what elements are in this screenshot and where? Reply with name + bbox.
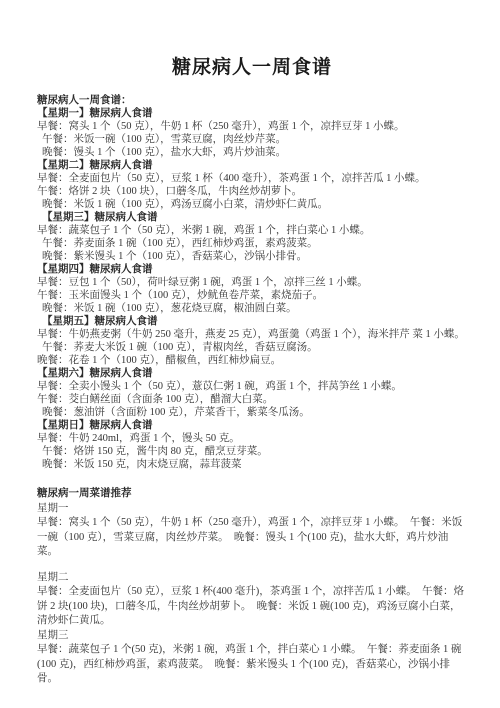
- recommend-day-text: 早餐：蔬菜包子 1 个(50 克)，米粥 1 碗，鸡蛋 1 个，拌白菜心 1 小…: [37, 643, 467, 687]
- meal-line: 早餐：豆包 1 个（50），荷叶绿豆粥 1 碗，鸡蛋 1 个，凉拌三丝 1 小蝶…: [37, 276, 467, 289]
- meal-line: 晚餐：米饭 1 碗（100 克），葱花烧豆腐，椒油圆白菜。: [37, 302, 467, 315]
- meal-line: 晚餐：葱油饼（含面粉 100 克），芹菜香干，紫菜冬瓜汤。: [37, 406, 467, 419]
- day-section-header: 【星期一】糖尿病人食谱: [37, 107, 467, 120]
- meal-line: 早餐：蔬菜包子 1 个（50 克），米粥 1 碗，鸡蛋 1 个，拌白菜心 1 小…: [37, 224, 467, 237]
- day-section-header: 【星期六】糖尿病人食谱: [37, 367, 467, 380]
- meal-line: 午餐：荞麦面条 1 碗（100 克），西红柿炒鸡蛋，素鸡菠菜。: [37, 237, 467, 250]
- meal-line: 早餐：全麦面包片（50 克），豆浆 1 杯（400 毫升），茶鸡蛋 1 个，凉拌…: [37, 172, 467, 185]
- meal-line: 午餐：玉米面馒头 1 个（100 克），炒鱿鱼卷芹菜，素烧茄子。: [37, 289, 467, 302]
- recommend-day-label: 星期三: [37, 629, 467, 644]
- meal-line: 午餐：烙饼 2 块（100 块），口蘑冬瓜，牛肉丝炒胡萝卜。: [37, 185, 467, 198]
- recommend-section: 糖尿病一周菜谱推荐 星期一早餐：窝头 1 个（50 克），牛奶 1 杯（250 …: [37, 487, 467, 687]
- meal-line: 早餐：牛奶燕麦粥（牛奶 250 毫升，燕麦 25 克），鸡蛋羹（鸡蛋 1 个），…: [37, 328, 467, 341]
- meal-line: 午餐：茭白鳝丝面（含面条 100 克），醋溜大白菜。: [37, 393, 467, 406]
- day-section-header: 【星期五】糖尿病人食谱: [37, 315, 467, 328]
- day-section-header: 糖尿病人一周食谱：: [37, 94, 467, 107]
- recommend-day-text: 早餐：全麦面包片（50 克），豆浆 1 杯(400 毫升)，茶鸡蛋 1 个，凉拌…: [37, 585, 467, 629]
- recommend-day-text: 早餐：窝头 1 个（50 克），牛奶 1 杯（250 毫升），鸡蛋 1 个，凉拌…: [37, 516, 467, 560]
- meal-line: 晚餐：紫米馒头 1 个（100 克），香菇菜心，沙锅小排骨。: [37, 250, 467, 263]
- document-page: 糖尿病人一周食谱 糖尿病人一周食谱：【星期一】糖尿病人食谱早餐：窝头 1 个（5…: [0, 0, 500, 708]
- day-section-header: 【星期四】糖尿病人食谱: [37, 263, 467, 276]
- meal-line: 早餐：牛奶 240ml，鸡蛋 1 个，馒头 50 克。: [37, 432, 467, 445]
- menu-lines: 糖尿病人一周食谱：【星期一】糖尿病人食谱早餐：窝头 1 个（50 克），牛奶 1…: [37, 94, 467, 471]
- day-section-header: 【星期三】糖尿病人食谱: [37, 211, 467, 224]
- recommend-heading: 糖尿病一周菜谱推荐: [37, 487, 467, 502]
- meal-line: 午餐：烙饼 150 克，酱牛肉 80 克，醋烹豆芽菜。: [37, 445, 467, 458]
- meal-line: 晚餐：馒头 1 个（100 克），盐水大虾，鸡片炒油菜。: [37, 146, 467, 159]
- recommend-day-block: 星期二早餐：全麦面包片（50 克），豆浆 1 杯(400 毫升)，茶鸡蛋 1 个…: [37, 571, 467, 629]
- recommend-day-label: 星期一: [37, 502, 467, 517]
- meal-line: 晚餐：花卷 1 个（100 克），醋椒鱼，西红柿炒扁豆。: [37, 354, 467, 367]
- meal-line: 早餐：窝头 1 个（50 克），牛奶 1 杯（250 毫升），鸡蛋 1 个，凉拌…: [37, 120, 467, 133]
- recommend-day-label: 星期二: [37, 571, 467, 586]
- meal-line: 午餐：荞麦大米饭 1 碗（100 克），青椒肉丝，香菇豆腐汤。: [37, 341, 467, 354]
- day-section-header: 【星期二】糖尿病人食谱: [37, 159, 467, 172]
- recommend-day-block: 星期三早餐：蔬菜包子 1 个(50 克)，米粥 1 碗，鸡蛋 1 个，拌白菜心 …: [37, 629, 467, 687]
- meal-line: 午餐：米饭一碗（100 克），雪菜豆腐，肉丝炒芹菜。: [37, 133, 467, 146]
- page-title: 糖尿病人一周食谱: [37, 56, 467, 80]
- meal-line: 晚餐：米饭 1 碗（100 克），鸡汤豆腐小白菜，清炒虾仁黄瓜。: [37, 198, 467, 211]
- day-section-header: 【星期日】糖尿病人食谱: [37, 419, 467, 432]
- recommend-blocks: 星期一早餐：窝头 1 个（50 克），牛奶 1 杯（250 毫升），鸡蛋 1 个…: [37, 502, 467, 687]
- recommend-day-block: 星期一早餐：窝头 1 个（50 克），牛奶 1 杯（250 毫升），鸡蛋 1 个…: [37, 502, 467, 560]
- meal-line: 早餐：全卖小馒头 1 个（50 克），薏苡仁粥 1 碗，鸡蛋 1 个，拌莴笋丝 …: [37, 380, 467, 393]
- meal-line: 晚餐：米饭 150 克，肉末烧豆腐，蒜茸菠菜: [37, 458, 467, 471]
